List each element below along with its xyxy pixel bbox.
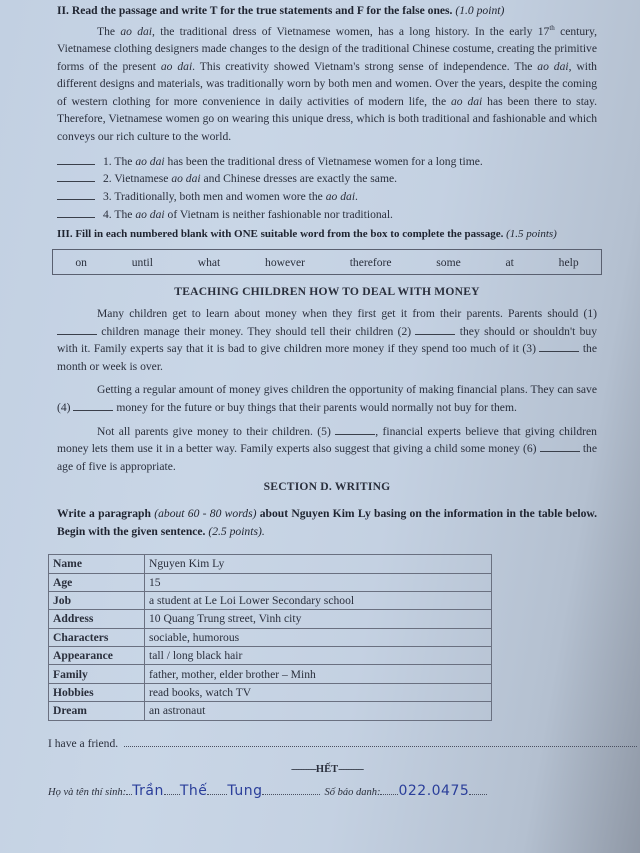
italic-term: ao dai <box>135 208 164 221</box>
word-option: help <box>559 254 579 272</box>
info-value: sociable, humorous <box>145 628 492 646</box>
info-key: Name <box>49 555 145 573</box>
writing-answer-line[interactable] <box>124 736 637 747</box>
info-key: Hobbies <box>49 683 145 701</box>
info-key: Appearance <box>49 647 145 665</box>
info-key: Family <box>49 665 145 683</box>
candidate-name-part-2[interactable]: Thế <box>180 783 208 801</box>
section-2-points: (1.0 point) <box>455 4 504 17</box>
statement-item: 3. Traditionally, both men and women wor… <box>57 187 597 205</box>
section-3-heading-text: III. Fill in each numbered blank with ON… <box>57 228 503 240</box>
dot-fill <box>469 786 487 795</box>
info-key: Dream <box>49 702 145 720</box>
section-d-points: (2.5 points). <box>208 525 264 538</box>
word-option: until <box>132 254 153 272</box>
word-option: what <box>198 254 221 272</box>
answer-blank[interactable] <box>415 323 455 335</box>
candidate-name-part-1[interactable]: Trần <box>132 783 164 801</box>
candidate-id-label: Số báo danh: <box>324 784 380 802</box>
answer-blank[interactable] <box>57 187 95 200</box>
end-dash-right: ---------- <box>338 764 363 775</box>
exam-page: II. Read the passage and write T for the… <box>57 0 597 801</box>
info-row: Characterssociable, humorous <box>49 628 492 646</box>
writing-instruction: Write a paragraph (about 60 - 80 words) … <box>57 505 597 540</box>
candidate-name-part-3[interactable]: Tung <box>227 783 262 801</box>
statement-item: 4. The ao dai of Vietnam is neither fash… <box>57 205 597 223</box>
statement-text: 3. Traditionally, both men and women wor… <box>103 188 358 206</box>
candidate-name-label: Họ và tên thí sinh: <box>48 784 126 802</box>
info-value: 10 Quang Trung street, Vinh city <box>145 610 492 628</box>
candidate-id-number[interactable]: 022.0475 <box>398 783 469 801</box>
instruction-word-count: (about 60 - 80 words) <box>154 507 256 520</box>
info-row: Familyfather, mother, elder brother – Mi… <box>49 665 492 683</box>
info-key: Age <box>49 573 145 591</box>
section-d-title: SECTION D. WRITING <box>57 478 597 496</box>
answer-blank[interactable] <box>335 423 375 435</box>
word-option: on <box>75 254 87 272</box>
info-key: Address <box>49 610 145 628</box>
answer-blank[interactable] <box>540 440 580 452</box>
info-value: 15 <box>145 573 492 591</box>
info-value: tall / long black hair <box>145 647 492 665</box>
info-row: Joba student at Le Loi Lower Secondary s… <box>49 591 492 609</box>
dot-fill <box>164 786 180 795</box>
dot-fill <box>207 786 227 795</box>
start-sentence-line: I have a friend. <box>48 735 597 753</box>
word-option: however <box>265 254 305 272</box>
answer-blank[interactable] <box>539 340 579 352</box>
info-table: NameNguyen Kim LyAge15Joba student at Le… <box>48 554 492 721</box>
info-row: Address10 Quang Trung street, Vinh city <box>49 610 492 628</box>
italic-term: ao dai <box>120 24 152 37</box>
statement-item: 1. The ao dai has been the traditional d… <box>57 152 597 170</box>
answer-blank[interactable] <box>57 205 95 218</box>
passage-title: TEACHING CHILDREN HOW TO DEAL WITH MONEY <box>57 283 597 301</box>
info-row: NameNguyen Kim Ly <box>49 555 492 573</box>
italic-term: ao dai <box>135 155 164 168</box>
dot-fill <box>262 786 320 795</box>
end-label: HẾT <box>316 764 338 775</box>
reading-passage: The ao dai, the traditional dress of Vie… <box>57 20 597 146</box>
section-2-heading: II. Read the passage and write T for the… <box>57 2 597 20</box>
cloze-paragraph: Not all parents give money to their chil… <box>57 423 597 476</box>
statement-text: 2. Vietnamese ao dai and Chinese dresses… <box>103 170 397 188</box>
candidate-info: Họ và tên thí sinh: Trần Thế Tung Số báo… <box>48 783 597 802</box>
answer-blank[interactable] <box>57 169 95 182</box>
word-box: onuntilwhathoweverthereforesomeathelp <box>52 249 602 275</box>
info-value: a student at Le Loi Lower Secondary scho… <box>145 591 492 609</box>
cloze-paragraph: Many children get to learn about money w… <box>57 305 597 375</box>
info-key: Characters <box>49 628 145 646</box>
dot-fill <box>380 786 398 795</box>
statement-text: 4. The ao dai of Vietnam is neither fash… <box>103 206 393 224</box>
italic-term: ao dai <box>171 172 200 185</box>
answer-blank[interactable] <box>73 399 113 411</box>
answer-blank[interactable] <box>57 323 97 335</box>
word-option: therefore <box>350 254 392 272</box>
cloze-paragraph: Getting a regular amount of money gives … <box>57 381 597 416</box>
start-sentence: I have a friend. <box>48 735 118 753</box>
info-value: Nguyen Kim Ly <box>145 555 492 573</box>
cloze-passage: Many children get to learn about money w… <box>57 305 597 475</box>
info-value: father, mother, elder brother – Minh <box>145 665 492 683</box>
end-marker: ----------HẾT---------- <box>57 761 597 779</box>
info-row: Age15 <box>49 573 492 591</box>
italic-term: ao dai <box>537 60 568 73</box>
info-value: read books, watch TV <box>145 683 492 701</box>
answer-blank[interactable] <box>57 152 95 165</box>
italic-term: ao dai <box>161 60 192 73</box>
info-row: Appearancetall / long black hair <box>49 647 492 665</box>
info-row: Dreaman astronaut <box>49 702 492 720</box>
info-key: Job <box>49 591 145 609</box>
section-3-points: (1.5 points) <box>506 228 557 240</box>
statement-text: 1. The ao dai has been the traditional d… <box>103 153 483 171</box>
word-option: at <box>506 254 514 272</box>
superscript: th <box>549 24 554 32</box>
true-false-statements: 1. The ao dai has been the traditional d… <box>57 152 597 223</box>
instruction-part-1: Write a paragraph <box>57 507 154 520</box>
italic-term: ao dai <box>326 190 355 203</box>
info-row: Hobbiesread books, watch TV <box>49 683 492 701</box>
section-3-heading: III. Fill in each numbered blank with ON… <box>57 226 597 244</box>
end-dash-left: ---------- <box>291 764 316 775</box>
info-value: an astronaut <box>145 702 492 720</box>
word-option: some <box>436 254 460 272</box>
section-2-heading-text: II. Read the passage and write T for the… <box>57 4 452 17</box>
statement-item: 2. Vietnamese ao dai and Chinese dresses… <box>57 169 597 187</box>
italic-term: ao dai <box>451 95 482 108</box>
